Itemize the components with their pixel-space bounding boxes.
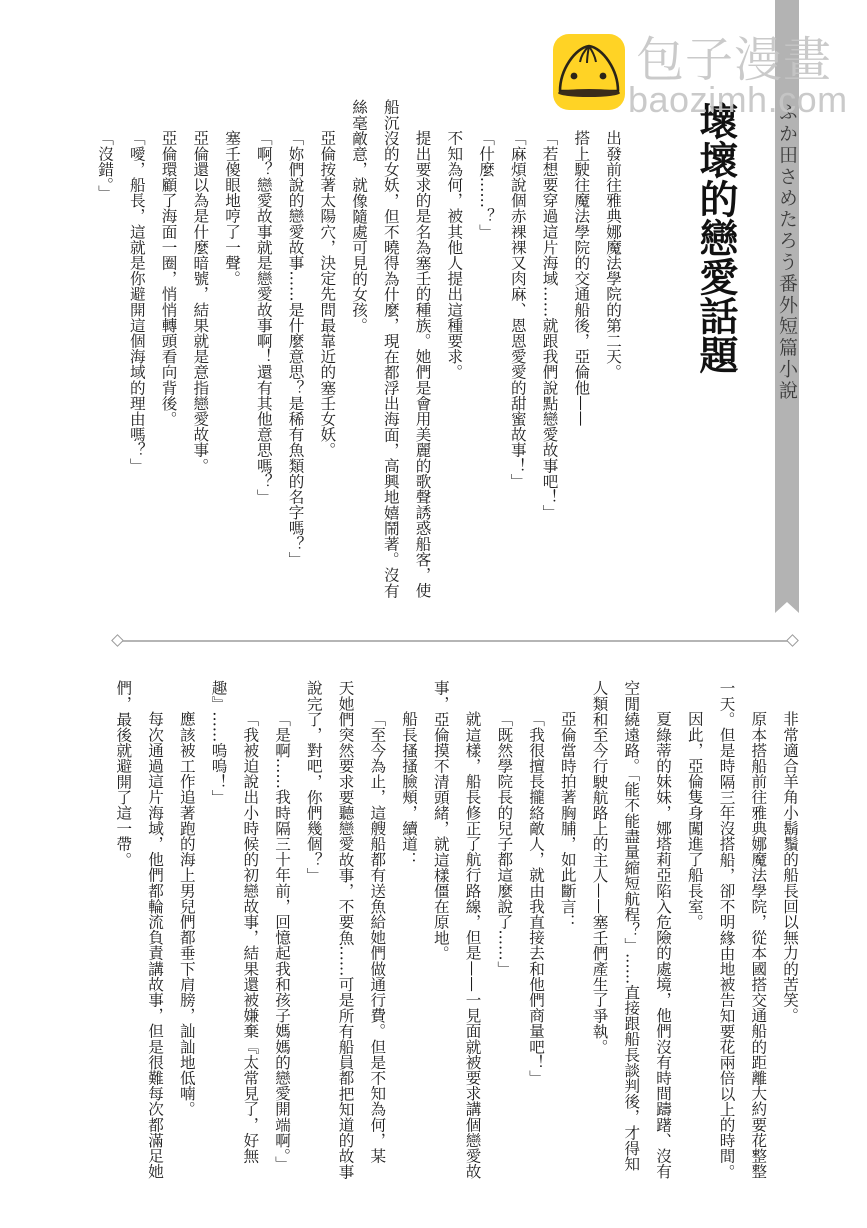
text-column: 應該被工作追著跑的海上男兒們都垂下肩膀，訕訕地低喃。 — [170, 680, 202, 1185]
text-column: 一天。但是時隔三年沒搭船，卻不明緣由地被告知要花兩倍以上的時間。 — [710, 680, 742, 1185]
text-column: 「若想要穿過這片海域……就跟我們說點戀愛故事吧！」 — [533, 99, 565, 604]
text-column: 「什麼……？」 — [469, 99, 501, 604]
text-column: 每次通過這片海域，他們都輪流負責講故事，但是很難每次都滿足她 — [138, 680, 170, 1185]
text-column: 就這樣，船長修正了航行路線，但是——一見面就被要求講個戀愛故 — [456, 680, 488, 1185]
text-column: 絲毫敵意，就像隨處可見的女孩。 — [342, 99, 374, 604]
text-column: 亞倫按著太陽穴，決定先問最靠近的塞壬女妖。 — [311, 99, 343, 604]
text-column: 原本搭船前往雅典娜魔法學院，從本國搭交通船的距離大約要花整整 — [742, 680, 774, 1185]
watermark-site: baozimh.com — [628, 80, 848, 120]
text-column: 「是啊……我時隔三十年前，回憶起我和孩子媽媽的戀愛開端啊。」 — [265, 680, 297, 1185]
text-column: 塞壬傻眼地哼了一聲。 — [215, 99, 247, 604]
text-column: 亞倫當時拍著胸脯，如此斷言： — [551, 680, 583, 1185]
text-column: 船沉沒的女妖，但不曉得為什麼，現在都浮出海面，高興地嬉鬧著。沒有 — [374, 99, 406, 604]
text-block-lower: 非常適合羊角小鬍鬚的船長回以無力的苦笑。 原本搭船前往雅典娜魔法學院，從本國搭交… — [106, 680, 805, 1185]
text-column: 「既然學院長的兒子都這麼說了……」 — [488, 680, 520, 1185]
text-column: 趣』……嗚嗚！」 — [202, 680, 234, 1185]
text-column: 事，亞倫摸不清頭緒，就這樣僵在原地。 — [424, 680, 456, 1185]
text-column: 天她們突然要求要聽戀愛故事，不要魚……可是所有船員都把知道的故事 — [329, 680, 361, 1185]
text-column: 亞倫還以為是什麼暗號，結果就是意指戀愛故事。 — [184, 99, 216, 604]
text-column: 因此，亞倫隻身闖進了船長室。 — [678, 680, 710, 1185]
section-divider — [122, 640, 788, 642]
text-column: 「噯，船長，這就是你避開這個海域的理由嗎？」 — [120, 99, 152, 604]
text-column: 夏綠蒂的妹妹，娜塔莉亞陷入危險的處境，他們沒有時間躊躇、沒有 — [646, 680, 678, 1185]
text-column: 提出要求的是名為塞壬的種族。她們是會用美麗的歌聲誘惑船客，使 — [406, 99, 438, 604]
text-column: 非常適合羊角小鬍鬚的船長回以無力的苦笑。 — [773, 680, 805, 1185]
text-column: 「我很擅長攏絡敵人，就由我直接去和他們商量吧！」 — [519, 680, 551, 1185]
novel-page: ふか田さめたろう番外短篇小說 壞壞的戀愛話題 出發前往雅典娜魔法學院的第二天。 … — [0, 0, 867, 1228]
text-column: 們，最後就避開了這一帶。 — [107, 680, 139, 1185]
text-column: 空閒繞遠路。「能不能盡量縮短航程？」……直接跟船長談判後，才得知 — [615, 680, 647, 1185]
text-column: 說完了，對吧，你們幾個？」 — [297, 680, 329, 1185]
text-column: 「妳們說的戀愛故事……是什麼意思？是稀有魚類的名字嗎？」 — [279, 99, 311, 604]
text-column: 「至今為止，這艘船都有送魚給她們做通行費。但是不知為何，某 — [361, 680, 393, 1185]
text-column: 「麻煩說個赤裸裸又肉麻、恩恩愛愛的甜蜜故事！」 — [501, 99, 533, 604]
text-column: 搭上駛往魔法學院的交通船後，亞倫他—— — [565, 99, 597, 604]
text-column: 人類和至今行駛航路上的主人——塞壬們產生了爭執。 — [583, 680, 615, 1185]
diamond-ornament-icon — [786, 634, 799, 647]
steamed-bun-logo-icon — [553, 34, 625, 110]
text-column: 「我被迫說出小時候的初戀故事，結果還被嫌棄『太常見了，好無 — [234, 680, 266, 1185]
text-column: 出發前往雅典娜魔法學院的第二天。 — [596, 99, 628, 604]
text-column: 「啊？戀愛故事就是戀愛故事啊！還有其他意思嗎？」 — [247, 99, 279, 604]
text-column: 不知為何，被其他人提出這種要求。 — [438, 99, 470, 604]
text-column: 船長搔搔臉頰，續道： — [392, 680, 424, 1185]
diamond-ornament-icon — [111, 634, 124, 647]
text-block-upper: 出發前往雅典娜魔法學院的第二天。 搭上駛往魔法學院的交通船後，亞倫他—— 「若想… — [88, 99, 628, 604]
text-column: 亞倫環顧了海面一圈，悄悄轉頭看向背後。 — [152, 99, 184, 604]
text-column: 「沒錯。」 — [88, 99, 120, 604]
ribbon-label: ふか田さめたろう番外短篇小說 — [775, 102, 799, 402]
story-title: 壞壞的戀愛話題 — [695, 101, 735, 374]
